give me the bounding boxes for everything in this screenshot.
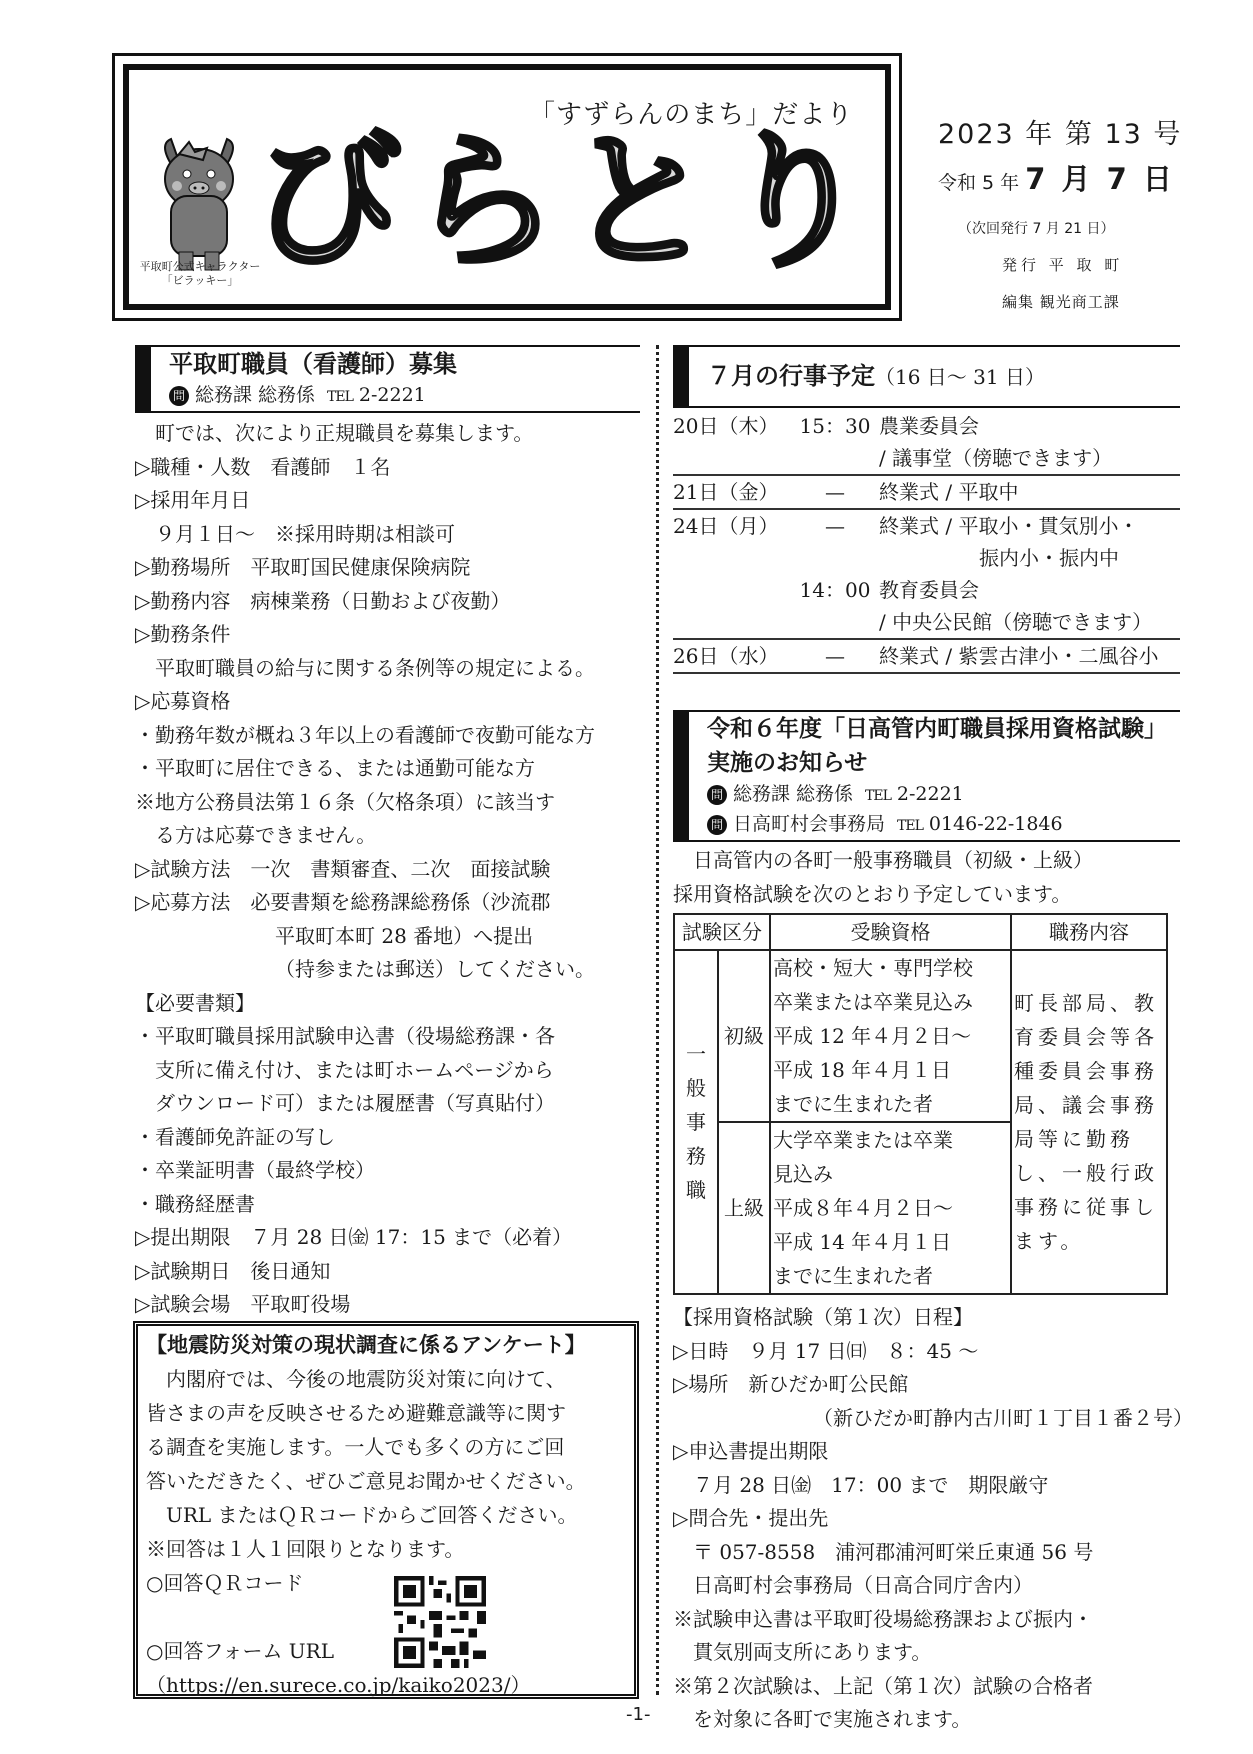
duty-content: 町長部局、教育委員会等各種委員会事務局、議会事務局等に勤務し、一般行政事務に従事… (1011, 950, 1167, 1294)
schedule-time (791, 606, 879, 639)
tel-icon: TEL (327, 389, 353, 405)
schedule-event: 終業式 / 紫雲古津小・二風谷小 (879, 639, 1180, 673)
text-line: ▷職種・人数 看護師 １名 (135, 451, 640, 485)
text-line: ・平取町職員採用試験申込書（役場総務課・各 (135, 1020, 640, 1054)
schedule-row: 24日（月）—終業式 / 平取小・貫気別小・ (673, 509, 1180, 542)
contact-dept: 総務課 総務係 (733, 783, 853, 805)
text-line: ▷勤務内容 病棟業務（日勤および夜勤） (135, 585, 640, 619)
recruit-body: 町では、次により正規職員を募集します。▷職種・人数 看護師 １名▷採用年月日９月… (135, 417, 640, 1322)
page-number: -1- (626, 1704, 650, 1725)
qualification-shokyu: 高校・短大・専門学校卒業または卒業見込み平成 12 年４月２日～平成 18 年４… (770, 950, 1011, 1122)
exam-intro: 日高管内の各町一般事務職員（初級・上級）採用資格試験を次のとおり予定しています。 (673, 844, 1180, 911)
qualification-line: 高校・短大・専門学校 (773, 951, 1008, 985)
text-line: ９月１日～ ※採用時期は相談可 (135, 518, 640, 552)
schedule-date: 20日（木） (673, 410, 791, 442)
header-qualification: 受験資格 (770, 914, 1011, 950)
schedule-row: 振内小・振内中 (673, 542, 1180, 574)
exam-contact-row: 問日高町村会事務局TEL0146-22-1846 (707, 810, 1180, 840)
text-line: ▷試験方法 一次 書類審査、二次 面接試験 (135, 853, 640, 887)
schedule-time: 15：30 (791, 410, 879, 442)
text-line: （https://en.surece.co.jp/kaiko2023/） (146, 1668, 626, 1702)
survey-body: 内閣府では、今後の地震防災対策に向けて、皆さまの声を反映させるため避難意識等に関… (146, 1362, 626, 1702)
exam-contacts: 問総務課 総務係TEL2-2221問日高町村会事務局TEL0146-22-184… (707, 780, 1180, 840)
qualification-jokyu: 大学卒業または卒業見込み平成８年４月２日～平成 14 年４月１日までに生まれた者 (770, 1122, 1011, 1294)
text-line: 皆さまの声を反映させるため避難意識等に関す (146, 1396, 626, 1430)
text-line: ※回答は１人１回限りとなります。 (146, 1532, 626, 1566)
tel-icon: TEL (897, 818, 923, 834)
schedule-date (673, 606, 791, 639)
text-line: ○回答ＱＲコード (146, 1566, 626, 1600)
contact-dept: 日高町村会事務局 (733, 813, 885, 835)
text-line: （新ひだか町静内古川町１丁目１番２号） (673, 1402, 1180, 1436)
schedule-row: / 中央公民館（傍聴できます） (673, 606, 1180, 639)
text-line: ▷試験期日 後日通知 (135, 1255, 640, 1289)
exam-contact-row: 問総務課 総務係TEL2-2221 (707, 780, 1180, 810)
right-column: ７月の行事予定（16 日～ 31 日） 20日（木）15：30農業委員会/ 議事… (673, 345, 1180, 1737)
qualification-line: 卒業または卒業見込み (773, 985, 1008, 1019)
text-line: 平取町職員の給与に関する条例等の規定による。 (135, 652, 640, 686)
schedule-row: 26日（水）—終業式 / 紫雲古津小・二風谷小 (673, 639, 1180, 673)
header-duty: 職務内容 (1011, 914, 1167, 950)
text-line: 支所に備え付け、または町ホームページから (135, 1054, 640, 1088)
text-line: る方は応募できません。 (135, 819, 640, 853)
issue-info: 2023 年 第 13 号 令和 5 年 7 月 7 日 （次回発行 7 月 2… (938, 112, 1198, 312)
issue-number: 2023 年 第 13 号 (938, 112, 1198, 151)
qualification-line: 平成 18 年４月１日 (773, 1053, 1008, 1087)
qualification-line: 大学卒業または卒業 (773, 1123, 1008, 1157)
inquiry-icon: 問 (707, 785, 727, 805)
events-title-text: ７月の行事予定 (707, 362, 875, 390)
inquiry-icon: 問 (169, 386, 189, 406)
text-line: 貫気別両支所にあります。 (673, 1636, 1180, 1670)
recruit-heading: 平取町職員（看護師）募集 問総務課 総務係TEL2-2221 (135, 345, 640, 413)
schedule-date (673, 442, 791, 475)
header-category: 試験区分 (674, 914, 770, 950)
text-line: 〒 057-8558 浦河郡浦河町栄丘東通 56 号 (673, 1536, 1180, 1570)
text-line: ・平取町に居住できる、または通勤可能な方 (135, 752, 640, 786)
issue-era: 令和 5 年 (938, 172, 1019, 194)
schedule-event: / 中央公民館（傍聴できます） (879, 606, 1180, 639)
qualification-line: までに生まれた者 (773, 1087, 1008, 1121)
newsletter-logo: びらとり (254, 128, 878, 276)
exam-heading: 令和６年度「日高管内町職員採用資格試験」 実施のお知らせ 問総務課 総務係TEL… (673, 710, 1180, 842)
category-char: 一 (677, 1037, 715, 1071)
text-line: ・勤務年数が概ね３年以上の看護師で夜勤可能な方 (135, 719, 640, 753)
text-line: ・看護師免許証の写し (135, 1121, 640, 1155)
schedule-time (791, 442, 879, 475)
schedule-time: — (791, 509, 879, 542)
text-line: URL またはＱＲコードからご回答ください。 (146, 1498, 626, 1532)
editor: 編集 観光商工課 (1002, 291, 1198, 312)
schedule-row: 20日（木）15：30農業委員会 (673, 410, 1180, 442)
text-line: 採用資格試験を次のとおり予定しています。 (673, 878, 1180, 912)
text-line: 平取町本町 28 番地）へ提出 (135, 920, 640, 954)
exam-table-header: 試験区分 受験資格 職務内容 (674, 914, 1167, 950)
text-line: 答いただきたく、ぜひご意見お聞かせください。 (146, 1464, 626, 1498)
tel-icon: TEL (865, 788, 891, 804)
schedule-event: 終業式 / 平取中 (879, 475, 1180, 509)
events-range: （16 日～ 31 日） (875, 365, 1045, 389)
text-line: ▷応募資格 (135, 685, 640, 719)
text-line: 内閣府では、今後の地震防災対策に向けて、 (146, 1362, 626, 1396)
category-char: 務 (677, 1139, 715, 1173)
inquiry-icon: 問 (707, 815, 727, 835)
schedule-event: 教育委員会 (879, 574, 1180, 606)
level-shokyu: 初級 (718, 950, 770, 1122)
text-line: 【必要書類】 (135, 987, 640, 1021)
schedule-time: — (791, 639, 879, 673)
exam-title-line1: 令和６年度「日高管内町職員採用資格試験」 (707, 712, 1180, 746)
text-line: ・職務経歴書 (135, 1188, 640, 1222)
publisher: 発行 平 取 町 (1002, 254, 1198, 275)
schedule-row: 21日（金）—終業式 / 平取中 (673, 475, 1180, 509)
qr-code-icon[interactable] (394, 1576, 486, 1668)
text-line: 【採用資格試験（第１次）日程】 (673, 1301, 1180, 1335)
text-line: ▷勤務場所 平取町国民健康保険病院 (135, 551, 640, 585)
category-char: 職 (677, 1173, 715, 1207)
level-jokyu: 上級 (718, 1122, 770, 1294)
text-line: ▷採用年月日 (135, 484, 640, 518)
schedule-time (791, 542, 879, 574)
column-divider (656, 345, 659, 1695)
text-line: （持参または郵送）してください。 (135, 953, 640, 987)
text-line: ※試験申込書は平取町役場総務課および振内・ (673, 1603, 1180, 1637)
contact-tel: 2-2221 (897, 783, 964, 805)
events-title: ７月の行事予定（16 日～ 31 日） (707, 359, 1180, 394)
text-line: ・卒業証明書（最終学校） (135, 1154, 640, 1188)
text-line: ▷日時 ９月 17 日㈰ ８：45 ～ (673, 1335, 1180, 1369)
contact-tel: 2-2221 (359, 384, 426, 406)
mascot-caption-line1: 平取町公式キャラクター (135, 260, 265, 274)
exam-table: 試験区分 受験資格 職務内容 一般事務職 初級 高校・短大・専門学校卒業または卒… (673, 913, 1168, 1295)
text-line: ※第２次試験は、上記（第１次）試験の合格者 (673, 1670, 1180, 1704)
issue-date: 令和 5 年 7 月 7 日 (938, 157, 1198, 198)
exam-row-shokyu: 一般事務職 初級 高校・短大・専門学校卒業または卒業見込み平成 12 年４月２日… (674, 950, 1167, 1122)
events-heading: ７月の行事予定（16 日～ 31 日） (673, 345, 1180, 408)
text-line: ▷問合先・提出先 (673, 1502, 1180, 1536)
qualification-line: 平成 14 年４月１日 (773, 1225, 1008, 1259)
qualification-line: 平成８年４月２日～ (773, 1191, 1008, 1225)
text-line: 日高町村会事務局（日高合同庁舎内） (673, 1569, 1180, 1603)
masthead-inner-frame: 平取町公式キャラクター 「ビラッキー」 「すずらんのまち」だより びらとり (123, 64, 891, 310)
left-column: 平取町職員（看護師）募集 問総務課 総務係TEL2-2221 町では、次により正… (135, 345, 640, 1322)
text-line: ▷応募方法 必要書類を総務課総務係（沙流郡 (135, 886, 640, 920)
text-line: を対象に各町で実施されます。 (673, 1703, 1180, 1737)
mascot-caption: 平取町公式キャラクター 「ビラッキー」 (135, 260, 265, 288)
text-line (146, 1600, 626, 1634)
boar-mascot-icon (149, 134, 249, 274)
text-line: ▷提出期限 ７月 28 日㈮ 17：15 まで（必着） (135, 1221, 640, 1255)
schedule-date: 21日（金） (673, 475, 791, 509)
text-line: ▷申込書提出期限 (673, 1435, 1180, 1469)
contact-dept: 総務課 総務係 (195, 384, 315, 406)
qualification-line: 見込み (773, 1157, 1008, 1191)
schedule-time: 14：00 (791, 574, 879, 606)
exam-title-line2: 実施のお知らせ (707, 746, 1180, 780)
recruit-title: 平取町職員（看護師）募集 (169, 347, 640, 381)
qualification-line: 平成 12 年４月２日～ (773, 1019, 1008, 1053)
category-char: 般 (677, 1071, 715, 1105)
text-line: 日高管内の各町一般事務職員（初級・上級） (673, 844, 1180, 878)
schedule-time: — (791, 475, 879, 509)
schedule-row: 14：00教育委員会 (673, 574, 1180, 606)
text-line: 町では、次により正規職員を募集します。 (135, 417, 640, 451)
mascot-caption-line2: 「ビラッキー」 (135, 274, 265, 288)
schedule-event: / 議事堂（傍聴できます） (879, 442, 1180, 475)
text-line: る調査を実施します。一人でも多くの方にご回 (146, 1430, 626, 1464)
text-line: ▷勤務条件 (135, 618, 640, 652)
text-line: ※地方公務員法第１６条（欠格条項）に該当す (135, 786, 640, 820)
schedule-event: 振内小・振内中 (879, 542, 1180, 574)
survey-title: 【地震防災対策の現状調査に係るアンケート】 (146, 1328, 626, 1362)
issue-date-bold: 7 月 7 日 (1025, 162, 1175, 196)
qualification-line: までに生まれた者 (773, 1259, 1008, 1293)
contact-tel: 0146-22-1846 (929, 813, 1063, 835)
text-line: ▷試験会場 平取町役場 (135, 1288, 640, 1322)
text-line: ○回答フォーム URL (146, 1634, 626, 1668)
schedule-date (673, 542, 791, 574)
schedule-event: 終業式 / 平取小・貫気別小・ (879, 509, 1180, 542)
next-issue: （次回発行 7 月 21 日） (958, 218, 1198, 238)
survey-box: 【地震防災対策の現状調査に係るアンケート】 内閣府では、今後の地震防災対策に向け… (133, 1321, 639, 1699)
schedule-row: / 議事堂（傍聴できます） (673, 442, 1180, 475)
schedule-date (673, 574, 791, 606)
exam-schedule-body: 【採用資格試験（第１次）日程】▷日時 ９月 17 日㈰ ８：45 ～▷場所 新ひ… (673, 1301, 1180, 1737)
events-schedule-table: 20日（木）15：30農業委員会/ 議事堂（傍聴できます）21日（金）—終業式 … (673, 410, 1180, 674)
recruit-contact: 問総務課 総務係TEL2-2221 (169, 381, 640, 411)
text-line: ダウンロード可）または履歴書（写真貼付） (135, 1087, 640, 1121)
schedule-date: 24日（月） (673, 509, 791, 542)
text-line: ７月 28 日㈮ 17：00 まで 期限厳守 (673, 1469, 1180, 1503)
masthead: 平取町公式キャラクター 「ビラッキー」 「すずらんのまち」だより びらとり (112, 53, 902, 321)
schedule-event: 農業委員会 (879, 410, 1180, 442)
schedule-date: 26日（水） (673, 639, 791, 673)
exam-category: 一般事務職 (674, 950, 718, 1294)
text-line: ▷場所 新ひだか町公民館 (673, 1368, 1180, 1402)
category-char: 事 (677, 1105, 715, 1139)
